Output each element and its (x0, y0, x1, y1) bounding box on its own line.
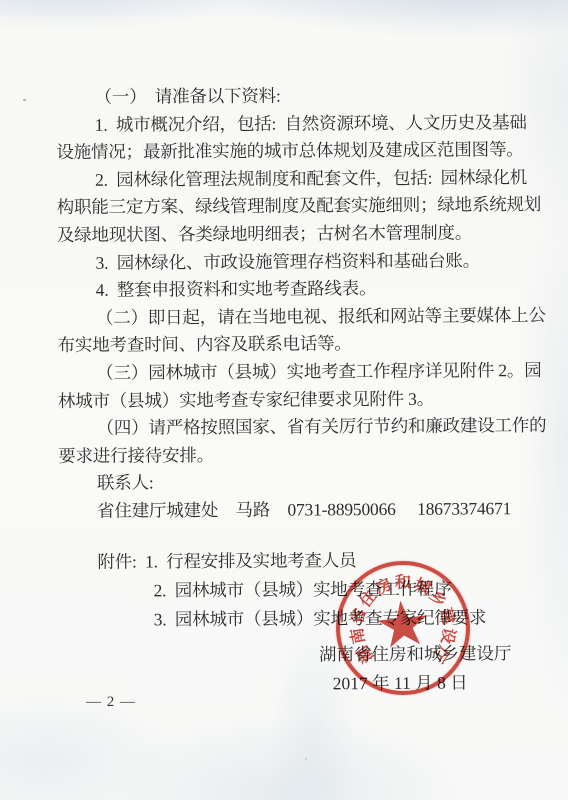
document-line: 设施情况；最新批准实施的城市总体规划及建成区范围图等。 (56, 136, 518, 166)
document-line: 及绿地现状图、各类绿地明细表；古树名木管理制度。 (57, 219, 519, 249)
document-line: 布实地考查时间、内容及联系电话等。 (58, 330, 520, 360)
document-line: 1. 城市概况介绍，包括: 自然资源环境、人文历史及基础 (56, 109, 518, 139)
seal-char: 厅 (427, 642, 455, 668)
official-seal: 湖南省住房和城乡建设厅 (336, 561, 470, 695)
seal-char: 湖 (350, 642, 378, 668)
document-line: 林城市（县城）实地考查专家纪律要求见附件 3。 (58, 385, 520, 415)
document-line: 省住建厅城建处 马路 0731-88950066 18673374671 (59, 495, 521, 525)
document-line: （四）请严格按照国家、省有关厉行节约和廉政建设工作的 (58, 412, 520, 442)
document-line: 4. 整套申报资料和实地考查路线表。 (57, 274, 519, 304)
scan-speck (23, 99, 26, 101)
scan-speck (305, 758, 307, 760)
document-line: （三）园林城市（县城）实地考查工作程序详见附件 2。园 (58, 357, 520, 387)
document-line: 构职能三定方案、绿线管理制度及配套实施细则；绿地系统规划 (57, 192, 519, 222)
document-line: （二）即日起，请在当地电视、报纸和网站等主要媒体上公 (57, 302, 519, 332)
page-number: — 2 — (86, 694, 136, 711)
document-page: （一） 请准备以下资料:1. 城市概况介绍，包括: 自然资源环境、人文历史及基础… (0, 0, 568, 800)
document-line: （一） 请准备以下资料: (56, 81, 518, 111)
document-body: （一） 请准备以下资料:1. 城市概况介绍，包括: 自然资源环境、人文历史及基础… (56, 81, 521, 525)
document-line: 联系人: (58, 467, 520, 497)
seal-char: 设 (437, 626, 462, 646)
seal-char: 建 (435, 605, 461, 626)
document-line: 3. 园林绿化、市政设施管理存档资料和基础台账。 (57, 247, 519, 277)
seal-text: 湖南省住房和城乡建设厅 (336, 561, 470, 695)
seal-char: 和 (395, 570, 411, 593)
document-line: 2. 园林绿化管理法规制度和配套文件，包括: 园林绿化机 (57, 164, 519, 194)
document-line: 要求进行接待安排。 (58, 440, 520, 470)
